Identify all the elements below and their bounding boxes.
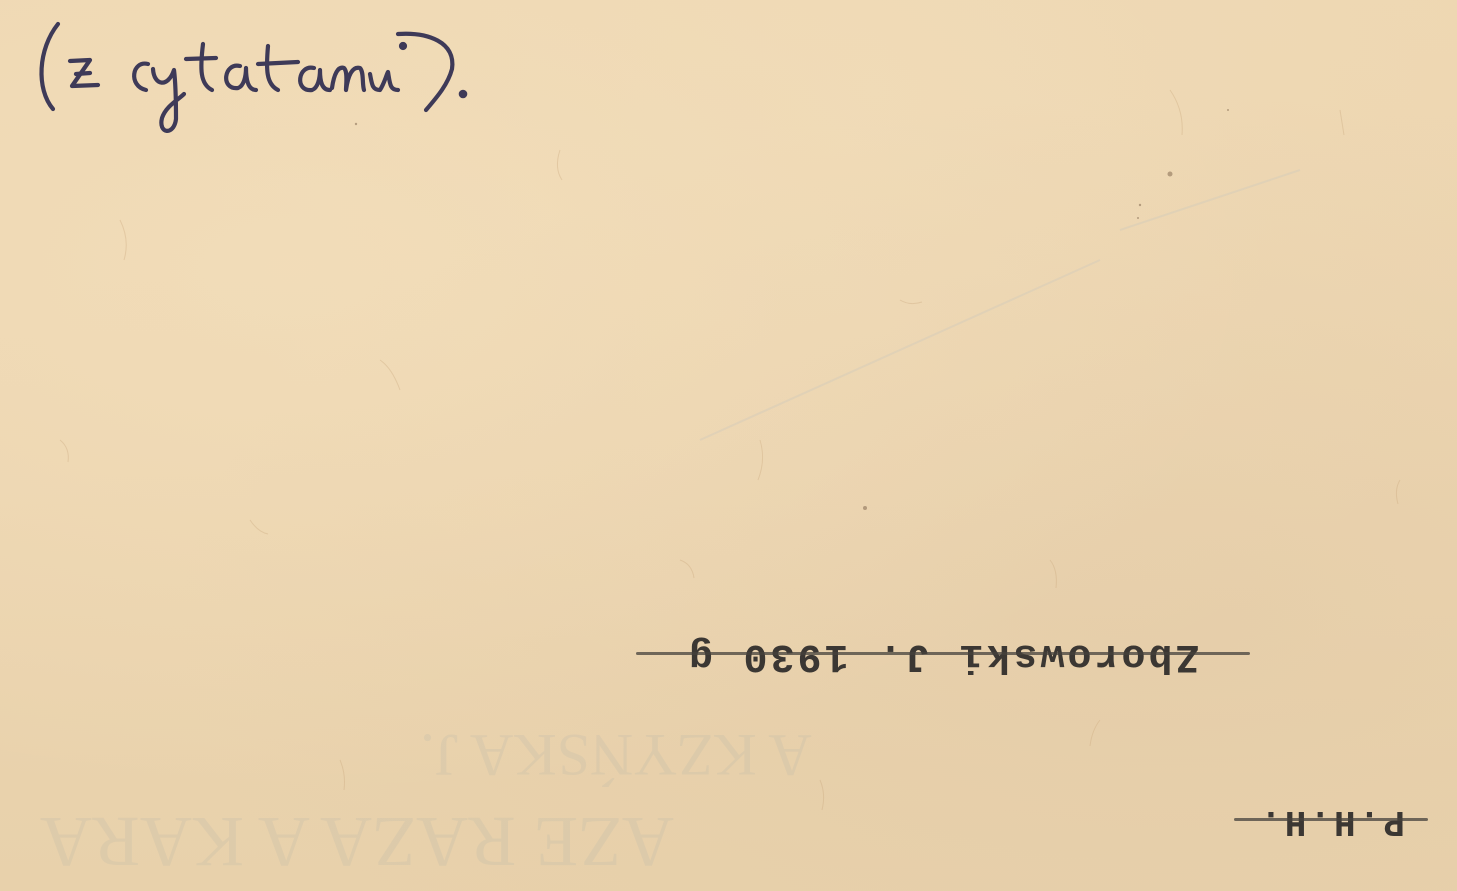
handwritten-note: (z cytatami). (28, 14, 478, 144)
typed-entry-author-year-text: Zborowski J. 1930 g (686, 633, 1199, 678)
catalogue-card: AZE RAZA A KARA A KZYŃSKA J. (z cytatami… (0, 0, 1457, 891)
typed-entry-author-year: Zborowski J. 1930 g (640, 632, 1246, 678)
typed-entry-initials: P.H.H. (1238, 800, 1424, 842)
strikethrough-line-initials (1234, 818, 1428, 821)
show-through-ghost-text-2: A KZYŃSKA J. (420, 720, 812, 789)
handwriting-strokes (28, 14, 478, 144)
show-through-ghost-text: AZE RAZA A KARA (40, 800, 674, 883)
typed-entry-initials-text: P.H.H. (1257, 801, 1405, 842)
strikethrough-line (636, 652, 1250, 655)
